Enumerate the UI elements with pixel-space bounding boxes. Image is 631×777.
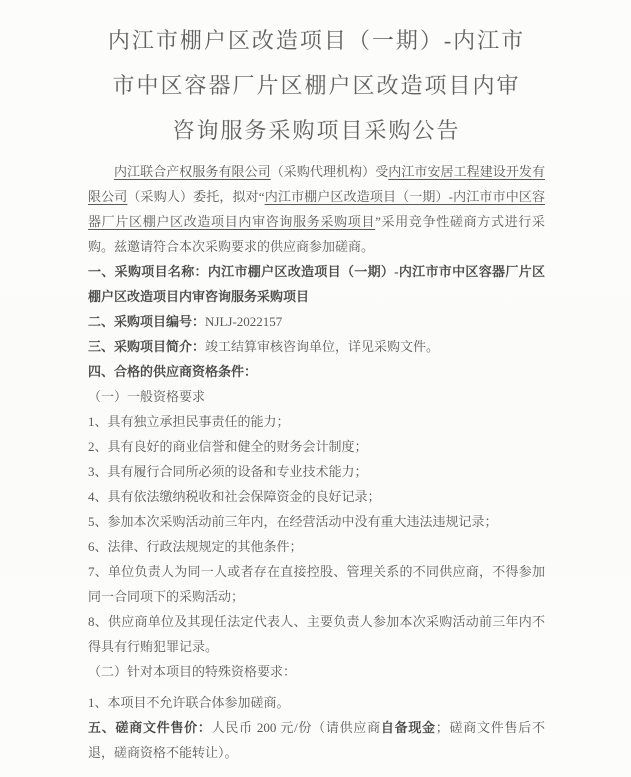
title-line-2: 市中区容器厂片区棚户区改造项目内审 bbox=[88, 63, 545, 108]
text-segment: 三、采购项目简介： bbox=[88, 339, 205, 354]
text-segment: 二、采购项目编号： bbox=[88, 314, 205, 329]
paragraph: （二）针对本项目的特殊资格要求： bbox=[88, 659, 545, 684]
text-segment: （采购人）委托，拟对“ bbox=[127, 189, 264, 204]
document-title: 内江市棚户区改造项目（一期）-内江市 市中区容器厂片区棚户区改造项目内审 咨询服… bbox=[88, 18, 545, 153]
title-line-3: 咨询服务采购项目采购公告 bbox=[88, 108, 545, 153]
paragraph: 一、采购项目名称：内江市棚户区改造项目（一期）-内江市市中区容器厂片区棚户区改造… bbox=[88, 259, 545, 309]
paragraph: 1、具有独立承担民事责任的能力； bbox=[88, 409, 545, 434]
paragraph: 8、供应商单位及其现任法定代表人、主要负责人参加本次采购活动前三年内不得具有行贿… bbox=[88, 609, 545, 659]
paragraph: （一）一般资格要求 bbox=[88, 384, 545, 409]
text-segment: 2、具有良好的商业信誉和健全的财务会计制度； bbox=[88, 439, 368, 454]
text-segment: 3、具有履行合同所必须的设备和专业技术能力； bbox=[88, 464, 368, 479]
text-segment: 一、采购项目名称：内江市棚户区改造项目（一期）-内江市市中区容器厂片区棚户区改造… bbox=[88, 264, 545, 304]
text-segment: （一）一般资格要求 bbox=[88, 389, 205, 404]
paragraph: 5、参加本次采购活动前三年内，在经营活动中没有重大违法违规记录； bbox=[88, 509, 545, 534]
text-segment: 8、供应商单位及其现任法定代表人、主要负责人参加本次采购活动前三年内不得具有行贿… bbox=[88, 614, 545, 654]
text-segment: （采购代理机构）受 bbox=[271, 164, 389, 179]
paragraph: 内江联合产权服务有限公司（采购代理机构）受内江市安居工程建设开发有限公司（采购人… bbox=[88, 159, 545, 259]
text-segment: 4、具有依法缴纳税收和社会保障资金的良好记录； bbox=[88, 489, 381, 504]
text-segment: 1、本项目不允许联合体参加磋商。 bbox=[88, 695, 290, 710]
document-page: 内江市棚户区改造项目（一期）-内江市 市中区容器厂片区棚户区改造项目内审 咨询服… bbox=[0, 0, 631, 777]
text-segment: 四、合格的供应商资格条件： bbox=[88, 364, 257, 379]
paragraph: 7、单位负责人为同一人或者存在直接控股、管理关系的不同供应商，不得参加同一合同项… bbox=[88, 559, 545, 609]
text-segment: 1、具有独立承担民事责任的能力； bbox=[88, 414, 290, 429]
paragraph: 1、本项目不允许联合体参加磋商。 bbox=[88, 690, 545, 715]
paragraph: 五、磋商文件售价：人民币 200 元/份（请供应商自备现金；磋商文件售后不退，磋… bbox=[88, 715, 545, 765]
paragraph: 3、具有履行合同所必须的设备和专业技术能力； bbox=[88, 459, 545, 484]
text-segment: 五、磋商文件售价： bbox=[88, 720, 212, 735]
text-segment: 5、参加本次采购活动前三年内，在经营活动中没有重大违法违规记录； bbox=[88, 514, 498, 529]
paragraph: 四、合格的供应商资格条件： bbox=[88, 359, 545, 384]
text-segment: 自备现金 bbox=[381, 720, 436, 735]
paragraph: 三、采购项目简介：竣工结算审核咨询单位，详见采购文件。 bbox=[88, 334, 545, 359]
document-body: 内江联合产权服务有限公司（采购代理机构）受内江市安居工程建设开发有限公司（采购人… bbox=[88, 159, 545, 765]
paragraph: 6、法律、行政法规规定的其他条件； bbox=[88, 534, 545, 559]
text-segment: 竣工结算审核咨询单位，详见采购文件。 bbox=[205, 339, 439, 354]
text-segment: 内江联合产权服务有限公司 bbox=[114, 164, 271, 179]
text-segment: 人民币 200 元/份（请供应商 bbox=[212, 720, 381, 735]
paragraph: 4、具有依法缴纳税收和社会保障资金的良好记录； bbox=[88, 484, 545, 509]
text-segment: 7、单位负责人为同一人或者存在直接控股、管理关系的不同供应商，不得参加同一合同项… bbox=[88, 564, 545, 604]
title-line-1: 内江市棚户区改造项目（一期）-内江市 bbox=[88, 18, 545, 63]
paragraph: 二、采购项目编号：NJLJ-2022157 bbox=[88, 309, 545, 334]
paragraph: 2、具有良好的商业信誉和健全的财务会计制度； bbox=[88, 434, 545, 459]
text-segment: 6、法律、行政法规规定的其他条件； bbox=[88, 539, 303, 554]
text-segment: NJLJ-2022157 bbox=[205, 314, 282, 329]
text-segment: （二）针对本项目的特殊资格要求： bbox=[88, 664, 296, 679]
